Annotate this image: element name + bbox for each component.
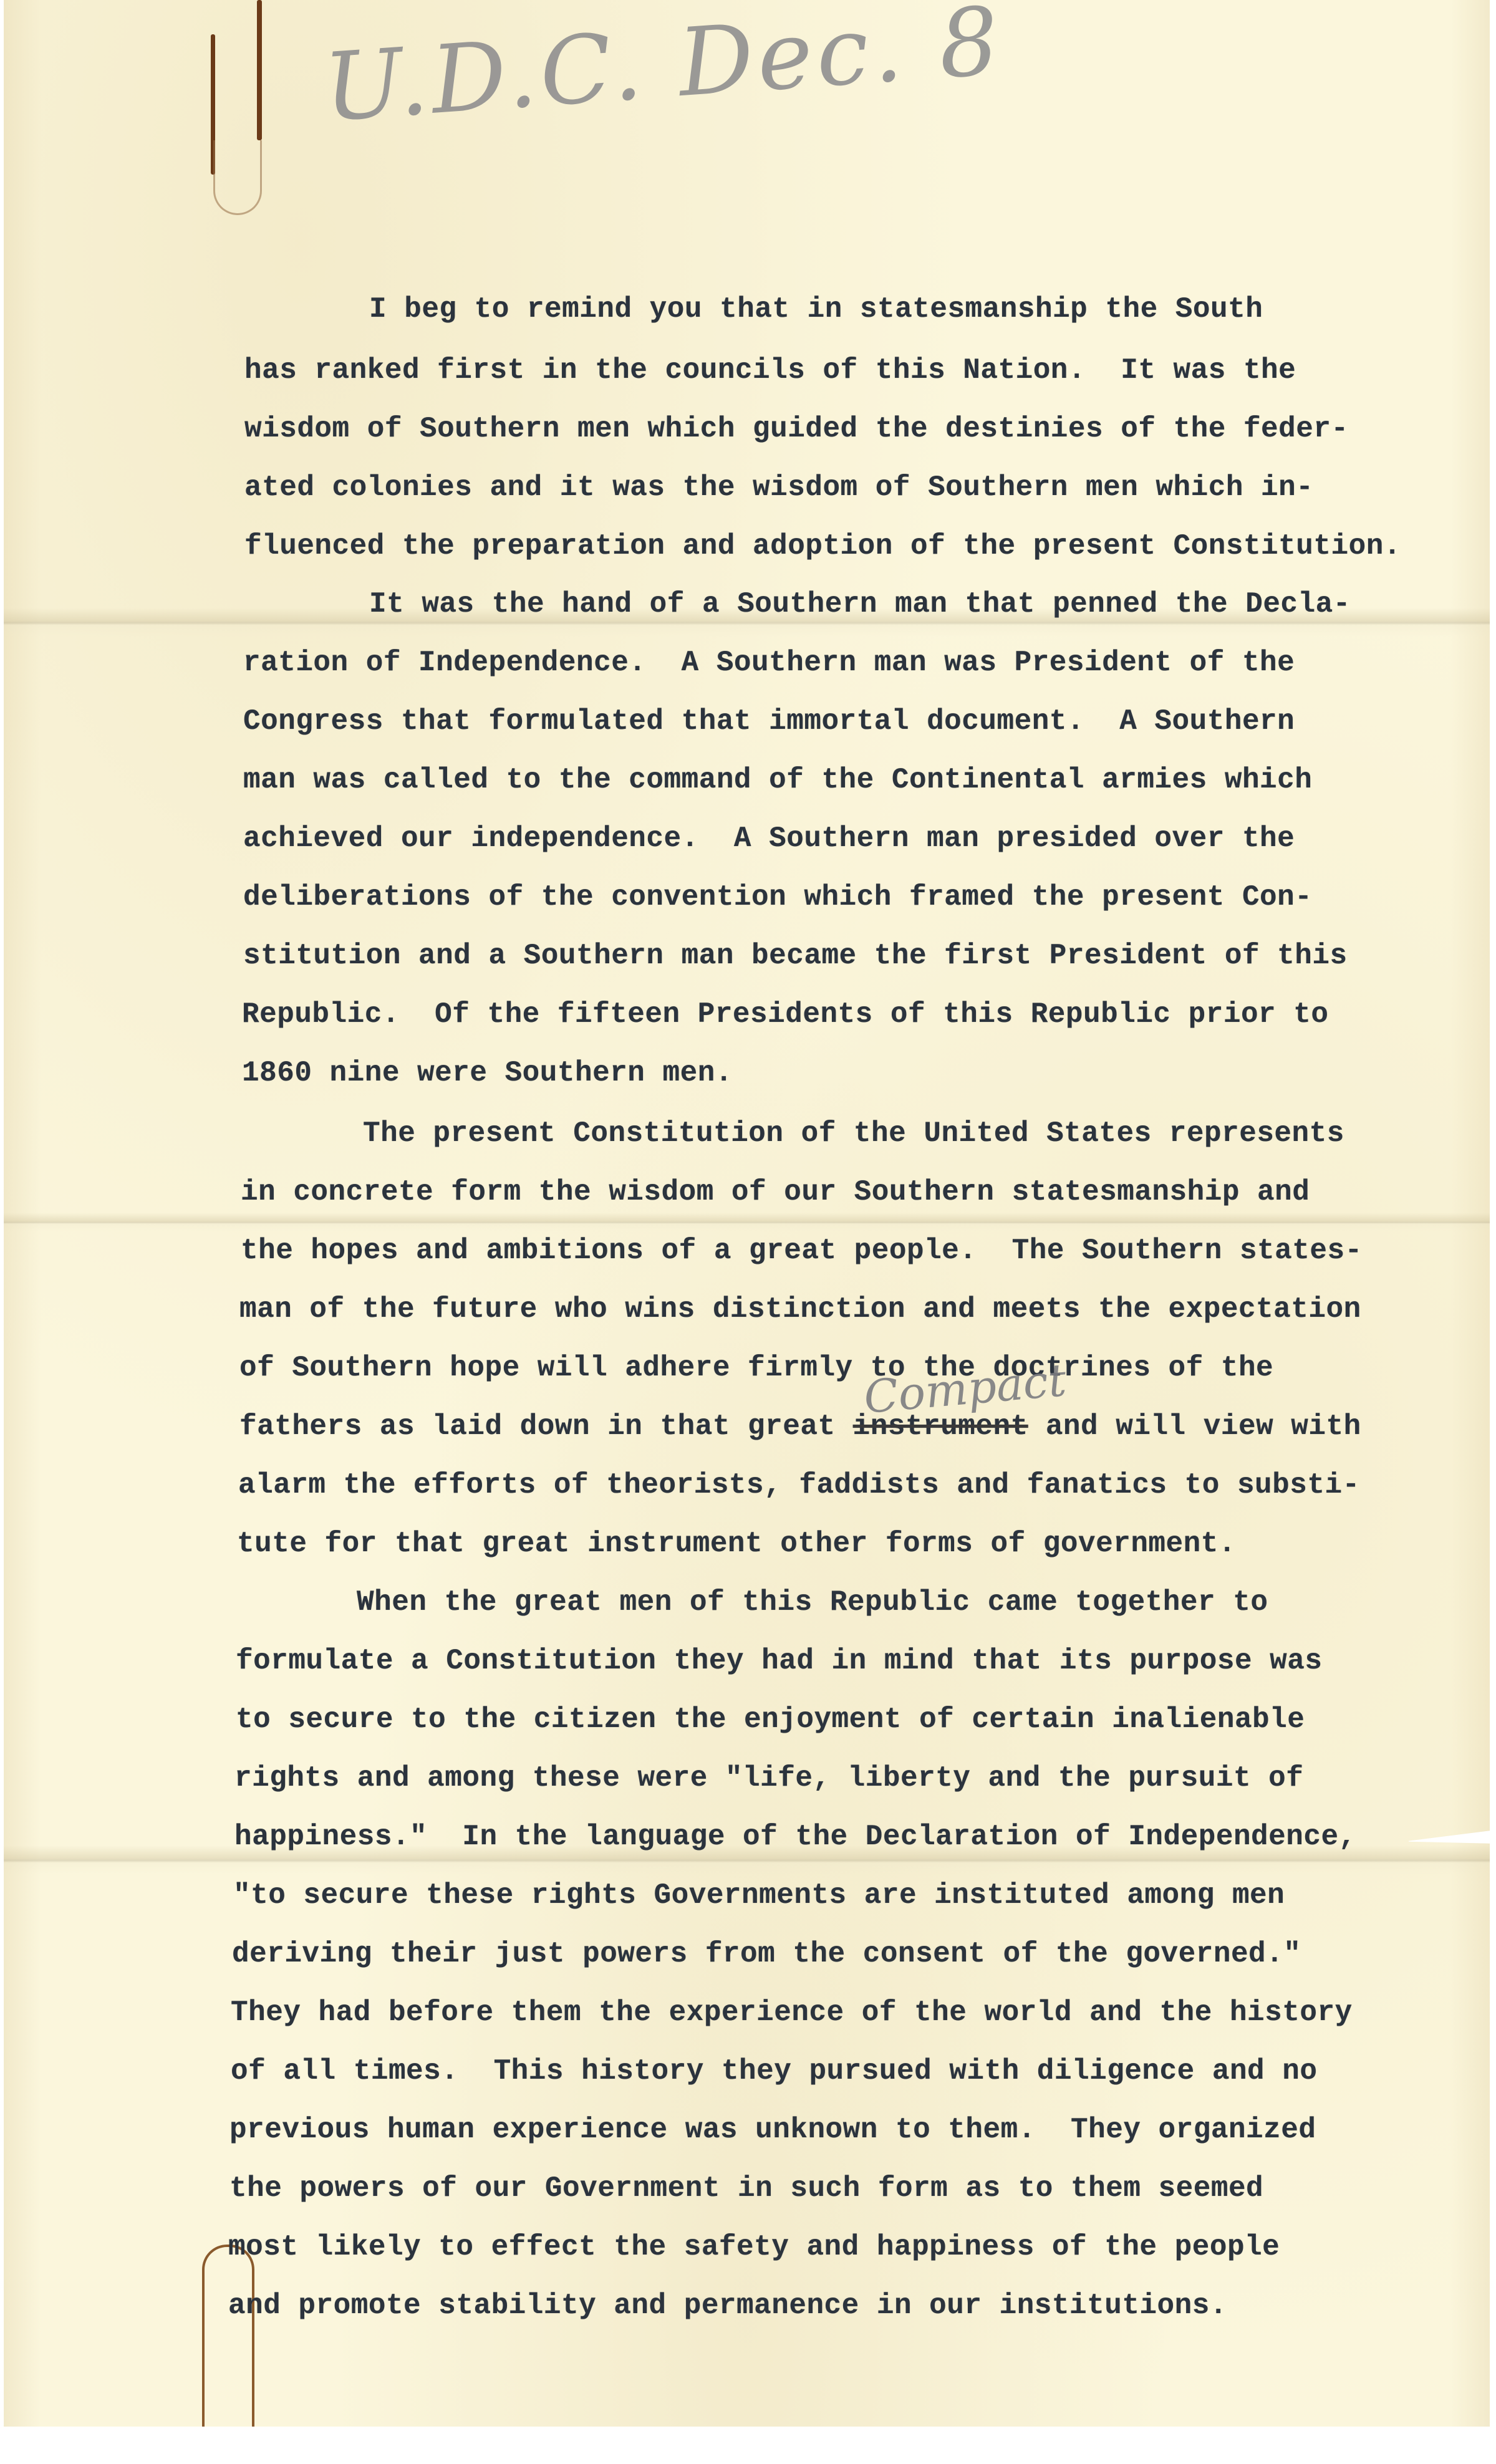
text-line: alarm the efforts of theorists, faddists… xyxy=(238,1469,1360,1501)
text-line: most likely to effect the safety and hap… xyxy=(228,2231,1280,2263)
text-line: has ranked first in the councils of this… xyxy=(244,354,1296,387)
text-line: the powers of our Government in such for… xyxy=(229,2172,1263,2205)
text-line: and promote stability and permanence in … xyxy=(228,2289,1227,2322)
text-line: rights and among these were "life, liber… xyxy=(234,1762,1303,1794)
text-line: 1860 nine were Southern men. xyxy=(242,1057,733,1089)
paperclip-impression-icon xyxy=(202,2245,254,2427)
text-line: in concrete form the wisdom of our South… xyxy=(241,1176,1310,1208)
paperclip-impression-icon xyxy=(213,140,262,215)
text-line: to secure to the citizen the enjoyment o… xyxy=(236,1703,1305,1736)
text-line: It was the hand of a Southern man that p… xyxy=(369,588,1351,620)
paper-fold-crease xyxy=(4,1213,1490,1231)
text-line: tute for that great instrument other for… xyxy=(237,1528,1236,1560)
text-segment: and will view with xyxy=(1028,1410,1361,1443)
text-line: formulate a Constitution they had in min… xyxy=(236,1645,1322,1677)
text-line: of Southern hope will adhere firmly to t… xyxy=(239,1352,1273,1384)
text-line: of all times. This history they pursued … xyxy=(231,2055,1317,2087)
text-line: man of the future who wins distinction a… xyxy=(239,1293,1361,1326)
text-line: They had before them the experience of t… xyxy=(231,1996,1353,2029)
text-line: happiness." In the language of the Decla… xyxy=(234,1821,1356,1853)
text-line: When the great men of this Republic came… xyxy=(357,1586,1268,1619)
text-line: deriving their just powers from the cons… xyxy=(232,1938,1301,1970)
text-segment: fathers as laid down in that great xyxy=(239,1410,853,1443)
text-line: the hopes and ambitions of a great peopl… xyxy=(241,1234,1363,1267)
text-line: ated colonies and it was the wisdom of S… xyxy=(244,471,1313,504)
text-line: previous human experience was unknown to… xyxy=(229,2114,1316,2146)
text-line: wisdom of Southern men which guided the … xyxy=(244,413,1349,445)
text-line: Congress that formulated that immortal d… xyxy=(243,705,1295,738)
text-line: achieved our independence. A Southern ma… xyxy=(243,822,1295,855)
text-line: ration of Independence. A Southern man w… xyxy=(243,647,1295,679)
text-line: man was called to the command of the Con… xyxy=(243,764,1312,796)
rust-staple-mark-icon xyxy=(257,0,262,140)
text-line-with-correction: fathers as laid down in that great instr… xyxy=(239,1410,1361,1443)
text-line: The present Constitution of the United S… xyxy=(363,1117,1344,1150)
text-line: I beg to remind you that in statesmanshi… xyxy=(369,293,1263,325)
text-line: fluenced the preparation and adoption of… xyxy=(244,530,1401,562)
text-line: stitution and a Southern man became the … xyxy=(243,940,1348,972)
text-line: Republic. Of the fifteen Presidents of t… xyxy=(242,998,1328,1031)
text-line: deliberations of the convention which fr… xyxy=(243,881,1312,913)
text-line: "to secure these rights Governments are … xyxy=(233,1879,1285,1912)
